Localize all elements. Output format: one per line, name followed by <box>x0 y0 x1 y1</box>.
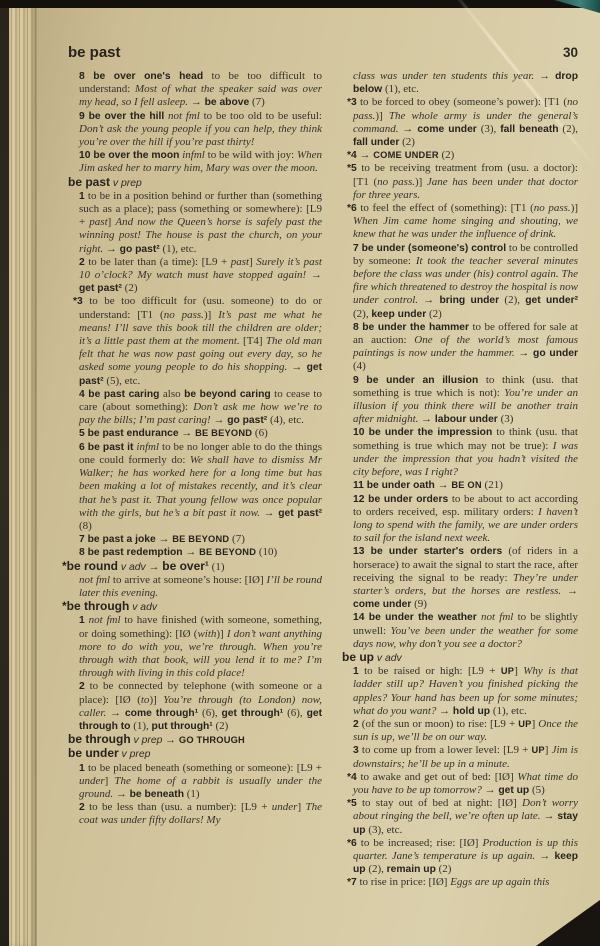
dictionary-entry: 5 be past endurance → BE BEYOND (6) <box>79 427 322 440</box>
dictionary-entry: not fml to arrive at someone’s house: [I… <box>79 574 322 600</box>
phrasal-verb-headword: *be through v adv <box>68 600 322 614</box>
dictionary-entry: 2 to be connected by telephone (with som… <box>79 680 322 733</box>
dictionary-entry: 8 be over one's head to be too difficult… <box>79 70 322 110</box>
guide-word: be past <box>68 44 121 61</box>
dictionary-entry: 7 be under (someone's) control to be con… <box>353 242 578 321</box>
dictionary-page: be past 30 8 be over one's head to be to… <box>37 8 600 946</box>
right-column: class was under ten students this year. … <box>342 70 578 890</box>
book-spine-shadow <box>0 0 9 946</box>
phrasal-verb-headword: *be round v adv → be over¹ (1) <box>68 560 322 574</box>
dictionary-entry: 10 be over the moon infml to be wild wit… <box>79 149 322 175</box>
dictionary-entry: 4 be past caring also be beyond caring t… <box>79 388 322 428</box>
dictionary-entry: 1 to be placed beneath (something or som… <box>79 762 322 802</box>
dictionary-entry: *5 to be receiving treatment from (usu. … <box>353 162 578 202</box>
dictionary-entry: 1 to be raised or high: [L9 + UP] Why is… <box>353 665 578 718</box>
dictionary-entry: *3 to be too difficult for (usu. someone… <box>79 295 322 387</box>
dictionary-entry: *3 to be forced to obey (someone’s power… <box>353 96 578 149</box>
left-column: 8 be over one's head to be too difficult… <box>68 70 322 890</box>
dictionary-entry: 2 to be less than (usu. a number): [L9 +… <box>79 801 322 827</box>
dictionary-entry: 2 (of the sun or moon) to rise: [L9 + UP… <box>353 718 578 744</box>
page-number: 30 <box>563 45 578 60</box>
dictionary-entry: 11 be under oath → BE ON (21) <box>353 479 578 492</box>
dictionary-entry: 1 not fml to have finished (with someone… <box>79 614 322 680</box>
dictionary-entry: 12 be under orders to be about to act ac… <box>353 493 578 546</box>
phrasal-verb-headword: be under v prep <box>68 747 322 761</box>
dictionary-entry: *5 to stay out of bed at night: [IØ] Don… <box>353 797 578 837</box>
dictionary-entry: *4 → COME UNDER (2) <box>353 149 578 162</box>
dictionary-entry: 2 to be later than (a time): [L9 + past]… <box>79 256 322 296</box>
photo-top-shadow <box>0 0 600 8</box>
dictionary-entry: *7 to rise in price: [IØ] Eggs are up ag… <box>353 876 578 889</box>
phrasal-verb-headword: be past v prep <box>68 176 322 190</box>
page-stack-edge <box>9 6 37 946</box>
dictionary-entry: 10 be under the impression to think (usu… <box>353 426 578 479</box>
dictionary-entry: 9 be under an illusion to think (usu. th… <box>353 374 578 427</box>
dictionary-entry: 13 be under starter's orders (of riders … <box>353 545 578 611</box>
dictionary-entry: 8 be under the hammer to be offered for … <box>353 321 578 374</box>
phrasal-verb-headword: be through v prep → GO THROUGH <box>68 733 322 747</box>
dictionary-entry: 9 be over the hill not fml to be too old… <box>79 110 322 150</box>
dictionary-entry: *6 to be increased; rise: [IØ] Productio… <box>353 837 578 877</box>
dictionary-entry: 1 to be in a position behind or further … <box>79 190 322 256</box>
dictionary-entry: 14 be under the weather not fml to be sl… <box>353 611 578 651</box>
dictionary-entry: 3 to come up from a lower level: [L9 + U… <box>353 744 578 770</box>
book-page-photo: be past 30 8 be over one's head to be to… <box>0 0 600 946</box>
dictionary-entry: *4 to awake and get out of bed: [IØ] Wha… <box>353 771 578 797</box>
running-head: be past 30 <box>68 44 578 61</box>
text-columns: 8 be over one's head to be too difficult… <box>68 70 578 890</box>
dictionary-entry: 6 be past it infml to be no longer able … <box>79 441 322 533</box>
dictionary-entry: *6 to feel the effect of (something): [T… <box>353 202 578 242</box>
phrasal-verb-headword: be up v adv <box>342 651 578 665</box>
dictionary-entry: 7 be past a joke → BE BEYOND (7) <box>79 533 322 546</box>
dictionary-entry: class was under ten students this year. … <box>353 70 578 96</box>
